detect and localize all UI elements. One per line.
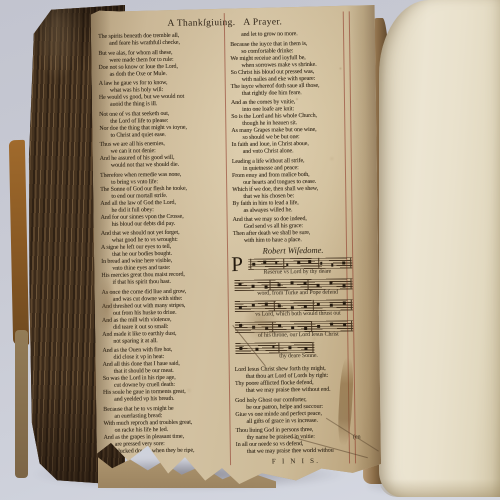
music-note (291, 307, 294, 310)
music-note (272, 346, 275, 349)
music-note (305, 347, 308, 350)
music-note (342, 262, 345, 265)
music-note (331, 264, 334, 267)
music-note (288, 347, 291, 350)
music-barline (312, 342, 313, 352)
music-barline (308, 279, 309, 289)
music-note (343, 285, 346, 288)
music-note (263, 261, 266, 264)
music-note (239, 283, 242, 286)
music-barline (311, 321, 312, 331)
music-barline (351, 278, 352, 288)
music-note (317, 325, 320, 328)
music-note (343, 324, 346, 327)
music-barline (284, 258, 285, 268)
music-note (239, 347, 242, 350)
cover-board-edge (15, 330, 28, 478)
music-note (278, 305, 281, 308)
music-note (320, 262, 323, 265)
music-note (275, 262, 278, 265)
music-barline (250, 259, 251, 269)
music-note (330, 282, 333, 285)
music-note (304, 282, 307, 285)
hymn-line: And plucked downe when they be ripe, (104, 447, 228, 456)
music-staff-row: word, from Turke and Pope defend (233, 277, 353, 300)
music-note (317, 303, 320, 306)
finis-text: F I N I S. (236, 456, 356, 466)
music-note (256, 348, 259, 351)
attribution: Robert Wiſedome. (233, 244, 353, 256)
music-note (252, 263, 255, 266)
music-staff-row: PReserue vs Lord by thy deare (233, 256, 353, 279)
music-note (265, 286, 268, 289)
music-note (304, 305, 307, 308)
music-barline (270, 280, 271, 290)
music-note (304, 327, 307, 330)
music-note (252, 285, 255, 288)
music-barline (313, 300, 314, 310)
music-lyric: Reserue vs Lord by thy deare (241, 268, 353, 276)
music-note (291, 327, 294, 330)
music-lyric: word, from Turke and Pope defend (242, 289, 354, 297)
printed-page: A Thankſgiuing. A Prayer. The spirits be… (91, 5, 382, 487)
music-barline (351, 299, 352, 309)
music-note (239, 306, 242, 309)
text-column-left: The spirits beneath doe tremble all,and … (98, 32, 228, 455)
text-column-right: and let to grow no more.Because the iuyc… (230, 30, 356, 466)
music-note (317, 284, 320, 287)
music-note (297, 261, 300, 264)
music-barline (279, 342, 280, 352)
music-note (290, 281, 293, 284)
hymn-lines-top: and let to grow no more.Because the iuyc… (230, 30, 353, 245)
blank-right-page (379, 0, 500, 497)
music-barline (351, 320, 352, 330)
music-note (330, 304, 333, 307)
music-note (278, 284, 281, 287)
page-header: A Thankſgiuing. A Prayer. (91, 16, 359, 30)
music-note (308, 260, 311, 263)
music-barline (351, 257, 352, 267)
music-note (286, 264, 289, 267)
music-note (330, 323, 333, 326)
music-note (239, 324, 242, 327)
music-note (343, 302, 346, 305)
music-barline (318, 258, 319, 268)
